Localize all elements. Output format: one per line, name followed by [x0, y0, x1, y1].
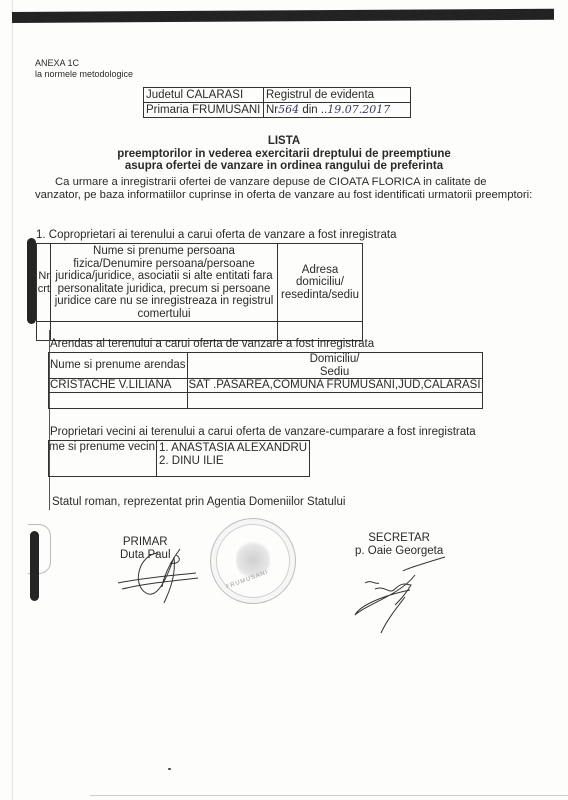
neighbor-item: 2. DINU ILIE: [159, 455, 307, 468]
cell-tenant-name: CRISTACHE V.LILIANA: [49, 379, 188, 393]
state-representative-line: Statul roman, reprezentat prin Agentia D…: [52, 496, 345, 508]
title-line-2: preemptorilor in vederea exercitarii dre…: [0, 148, 568, 161]
county-cell: Judetul CALARASI: [144, 88, 264, 103]
table-row: Nume si prenume vecin 1. ANASTASIA ALEXA…: [49, 441, 310, 477]
tenant-table: Nume si prenume arendas Domiciliu/ Sediu…: [48, 352, 483, 409]
annex-title: ANEXA 1C: [35, 58, 133, 69]
register-label-cell: Registrul de evidenta: [264, 88, 411, 103]
annex-header: ANEXA 1C la normele metodologice: [35, 58, 133, 80]
neighbor-item: 1. ANASTASIA ALEXANDRU: [159, 442, 307, 455]
coowners-table: Nr crt Nume si prenume persoana fizica/D…: [36, 243, 363, 341]
scanned-document-page: ANEXA 1C la normele metodologice Judetul…: [0, 0, 568, 800]
neighbor-list: 1. ANASTASIA ALEXANDRU 2. DINU ILIE: [157, 441, 310, 477]
official-stamp: FRUMUSANI: [210, 518, 296, 604]
title-line-1: LISTA: [0, 135, 568, 148]
register-number-cell: Nr564 din ..19.07.2017: [264, 103, 411, 118]
neighbors-table: Nume si prenume vecin 1. ANASTASIA ALEXA…: [48, 440, 310, 477]
table-row: CRISTACHE V.LILIANA SAT .PASAREA,COMUNA …: [49, 379, 483, 393]
document-title: LISTA preemptorilor in vederea exercitar…: [0, 135, 568, 173]
cell-tenant-address: [187, 392, 482, 408]
intro-text: Ca urmare a inregistrarii ofertei de van…: [35, 176, 532, 201]
mayor-handwritten-signature: [118, 545, 208, 605]
header-tenant-address-text: Domiciliu/ Sediu: [305, 353, 365, 378]
scan-bottom-edge: [90, 795, 568, 796]
scan-speck: [168, 768, 171, 770]
din-label: din: [302, 104, 317, 116]
header-neighbor-name: Nume si prenume vecin: [49, 441, 157, 477]
header-nr-crt: Nr crt: [37, 244, 51, 322]
header-tenant-name: Nume si prenume arendas: [49, 353, 188, 379]
section-3-label: Proprietari vecini ai terenului a carui …: [50, 426, 476, 438]
section-2-label: Arendas al terenului a carui oferta de v…: [50, 338, 374, 350]
header-tenant-address: Domiciliu/ Sediu: [187, 353, 482, 379]
tenant-header-row: Nume si prenume arendas Domiciliu/ Sediu: [49, 353, 483, 379]
annex-subtitle: la normele metodologice: [35, 69, 133, 80]
punch-hole-mark-upper: [27, 238, 36, 324]
cell-tenant-name: [49, 392, 188, 408]
intro-paragraph: Ca urmare a inregistrarii ofertei de van…: [35, 176, 535, 201]
header-name: Nume si prenume persoana fizica/Denumire…: [51, 244, 278, 322]
secretary-title: SECRETAR: [355, 532, 443, 545]
nr-value-handwritten: 564: [278, 103, 299, 116]
town-hall-cell: Primaria FRUMUSANI: [144, 103, 264, 118]
cell-tenant-address: SAT .PASAREA,COMUNA FRUMUSANI,JUD,CALARA…: [187, 379, 482, 393]
header-address: Adresa domiciliu/ resedinta/sediu: [278, 244, 363, 322]
secretary-handwritten-signature: [345, 555, 455, 635]
nr-label: Nr: [266, 104, 278, 116]
table-row: [49, 392, 483, 408]
scan-top-black-bar: [12, 9, 554, 23]
registry-table: Judetul CALARASI Registrul de evidenta P…: [143, 87, 411, 118]
date-value-handwritten: 19.07.2017: [327, 103, 390, 116]
title-line-3: asupra ofertei de vanzare in ordinea ran…: [0, 160, 568, 173]
section-1-label: 1. Coproprietari ai terenului a carui of…: [36, 229, 397, 241]
scan-left-edge: [12, 0, 13, 800]
punch-hole-mark-lower: [30, 531, 39, 601]
coowners-header-row: Nr crt Nume si prenume persoana fizica/D…: [37, 244, 363, 322]
